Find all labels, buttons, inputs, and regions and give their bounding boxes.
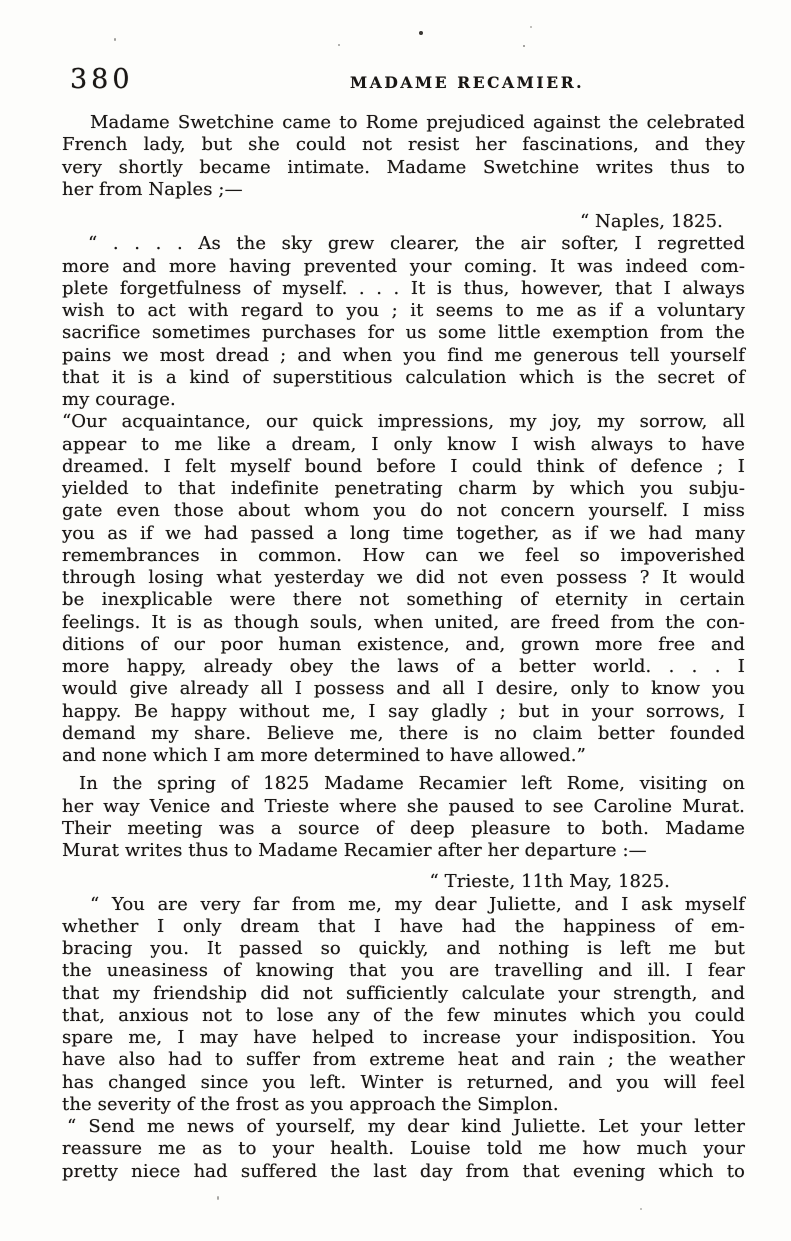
running-title: MADAME RECAMIER.	[350, 73, 584, 92]
text-line: reassure me as to your health. Louise to…	[62, 1138, 745, 1160]
text-line: has changed since you left. Winter is re…	[62, 1072, 745, 1094]
naples-letter-paragraph-1: “ . . . . As the sky grew clearer, the a…	[62, 233, 745, 411]
text-line: plete forgetfulness of myself. . . . It …	[62, 278, 745, 300]
text-line: wish to act with regard to you ; it seem…	[62, 300, 745, 322]
text-line: be inexplicable were there not something…	[62, 589, 745, 611]
trieste-letter-paragraph-2: “ Send me news of yourself, my dear kind…	[62, 1116, 745, 1183]
text-line: sacrifice sometimes purchases for us som…	[62, 322, 745, 344]
text-line: that it is a kind of superstitious calcu…	[62, 367, 745, 389]
naples-letter-paragraph-2: “Our acquaintance, our quick impressions…	[62, 411, 745, 767]
text-line: appear to me like a dream, I only know I…	[62, 434, 745, 456]
text-line: and none which I am more determined to h…	[62, 745, 745, 767]
intro-paragraph: Madame Swetchine came to Rome prejudiced…	[62, 112, 745, 201]
text-line: spare me, I may have helped to increase …	[62, 1027, 745, 1049]
page-body: Madame Swetchine came to Rome prejudiced…	[62, 112, 745, 1183]
book-page: 380 MADAME RECAMIER. Madame Swetchine ca…	[0, 0, 791, 1241]
text-line: that, anxious not to lose any of the few…	[62, 1005, 745, 1027]
scan-speck	[640, 1208, 642, 1210]
trieste-letter-paragraph-1: “ You are very far from me, my dear Juli…	[62, 894, 745, 1117]
text-line: Their meeting was a source of deep pleas…	[62, 818, 745, 840]
text-line: “ . . . . As the sky grew clearer, the a…	[62, 233, 745, 255]
text-line: have also had to suffer from extreme hea…	[62, 1049, 745, 1071]
text-line: whether I only dream that I have had the…	[62, 916, 745, 938]
text-line: her way Venice and Trieste where she pau…	[62, 796, 745, 818]
scan-speck	[217, 1196, 219, 1200]
naples-letter-dateline: “ Naples, 1825.	[62, 211, 745, 233]
text-line: would give already all I possess and all…	[62, 678, 745, 700]
text-line: my courage.	[62, 389, 745, 411]
page-number: 380	[70, 64, 134, 95]
text-line: bracing you. It passed so quickly, and n…	[62, 938, 745, 960]
text-line: happy. Be happy without me, I say gladly…	[62, 701, 745, 723]
text-line: the uneasiness of knowing that you are t…	[62, 960, 745, 982]
running-header: 380 MADAME RECAMIER.	[0, 0, 791, 108]
text-line: remembrances in common. How can we feel …	[62, 545, 745, 567]
text-line: demand my share. Believe me, there is no…	[62, 723, 745, 745]
text-line: that my friendship did not sufficiently …	[62, 983, 745, 1005]
text-line: yielded to that indefinite penetrating c…	[62, 478, 745, 500]
text-line: her from Naples ;—	[62, 179, 745, 201]
text-line: Madame Swetchine came to Rome prejudiced…	[62, 112, 745, 134]
text-line: pains we most dread ; and when you find …	[62, 345, 745, 367]
text-line: gate even those about whom you do not co…	[62, 500, 745, 522]
narrative-paragraph: In the spring of 1825 Madame Recamier le…	[62, 773, 745, 862]
text-line: In the spring of 1825 Madame Recamier le…	[62, 773, 745, 795]
trieste-letter-dateline: “ Trieste, 11th May, 1825.	[62, 871, 745, 893]
text-line: pretty niece had suffered the last day f…	[62, 1161, 745, 1183]
text-line: ditions of our poor human existence, and…	[62, 634, 745, 656]
text-line: more and more having prevented your comi…	[62, 256, 745, 278]
text-line: “ You are very far from me, my dear Juli…	[62, 894, 745, 916]
text-line: more happy, already obey the laws of a b…	[62, 656, 745, 678]
text-line: feelings. It is as though souls, when un…	[62, 612, 745, 634]
text-line: through losing what yesterday we did not…	[62, 567, 745, 589]
text-line: “Our acquaintance, our quick impressions…	[62, 411, 745, 433]
text-line: “ Send me news of yourself, my dear kind…	[62, 1116, 745, 1138]
text-line: very shortly became intimate. Madame Swe…	[62, 157, 745, 179]
text-line: Murat writes thus to Madame Recamier aft…	[62, 840, 745, 862]
text-line: the severity of the frost as you approac…	[62, 1094, 745, 1116]
text-line: French lady, but she could not resist he…	[62, 134, 745, 156]
text-line: dreamed. I felt myself bound before I co…	[62, 456, 745, 478]
text-line: you as if we had passed a long time toge…	[62, 523, 745, 545]
